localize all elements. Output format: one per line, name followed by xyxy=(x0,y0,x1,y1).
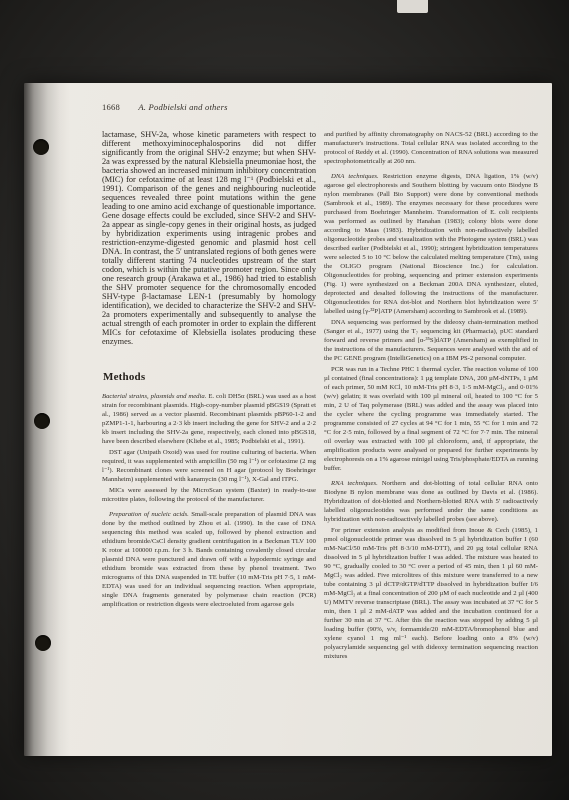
photo-backdrop: 1668 A. Podbielski and others lactamase,… xyxy=(0,0,569,800)
methods-paragraph: MICs were assessed by the MicroScan syst… xyxy=(102,486,316,504)
methods-paragraph: DNA sequencing was performed by the dide… xyxy=(324,318,538,363)
paragraph-text: E. coli DH5α (BRL) was used as a host st… xyxy=(102,393,316,445)
section-lead: RNA techniques. xyxy=(331,480,378,487)
right-column: and purified by affinity chromatography … xyxy=(324,130,538,661)
paragraph-text: MICs were assessed by the MicroScan syst… xyxy=(102,487,316,503)
methods-paragraph: PCR was run in a Techne PHC 1 thermal cy… xyxy=(324,365,538,473)
page-number: 1668 xyxy=(102,103,136,112)
methods-paragraph: RNA techniques. Northern and dot-blottin… xyxy=(324,479,538,524)
paragraph-text: and purified by affinity chromatography … xyxy=(324,131,538,165)
section-lead: Bacterial strains, plasmids and media. xyxy=(102,393,206,400)
methods-paragraph: DST agar (Unipath Oxoid) was used for ro… xyxy=(102,448,316,484)
journal-page: 1668 A. Podbielski and others lactamase,… xyxy=(24,83,552,756)
paragraph-text: For primer extension analysis as modifie… xyxy=(324,527,538,660)
two-column-text: lactamase, SHV-2a, whose kinetic paramet… xyxy=(102,130,538,661)
page-header: 1668 A. Podbielski and others xyxy=(102,103,538,112)
running-title: A. Podbielski and others xyxy=(138,102,227,112)
paragraph-text: PCR was run in a Techne PHC 1 thermal cy… xyxy=(324,366,538,472)
section-lead: Preparation of nucleic acids. xyxy=(109,511,189,518)
methods-paragraph: Preparation of nucleic acids. Small-scal… xyxy=(102,510,316,609)
paragraph-text: DST agar (Unipath Oxoid) was used for ro… xyxy=(102,449,316,483)
intro-continuation-paragraph: lactamase, SHV-2a, whose kinetic paramet… xyxy=(102,130,316,346)
paragraph-text: DNA sequencing was performed by the dide… xyxy=(324,319,538,362)
paragraph-text: Restriction enzyme digests, DNA ligation… xyxy=(324,173,538,315)
methods-paragraph: Bacterial strains, plasmids and media. E… xyxy=(102,392,316,446)
methods-paragraph: For primer extension analysis as modifie… xyxy=(324,526,538,661)
paper-sliver-top-edge xyxy=(397,0,428,13)
page-content: 1668 A. Podbielski and others lactamase,… xyxy=(24,83,552,756)
intro-text: lactamase, SHV-2a, whose kinetic paramet… xyxy=(102,130,316,346)
section-lead: DNA techniques. xyxy=(331,173,379,180)
methods-paragraph: and purified by affinity chromatography … xyxy=(324,130,538,166)
paragraph-text: Small-scale preparation of plasmid DNA w… xyxy=(102,511,316,608)
methods-paragraph: DNA techniques. Restriction enzyme diges… xyxy=(324,172,538,316)
methods-heading: Methods xyxy=(103,371,316,383)
left-column: lactamase, SHV-2a, whose kinetic paramet… xyxy=(102,130,316,661)
